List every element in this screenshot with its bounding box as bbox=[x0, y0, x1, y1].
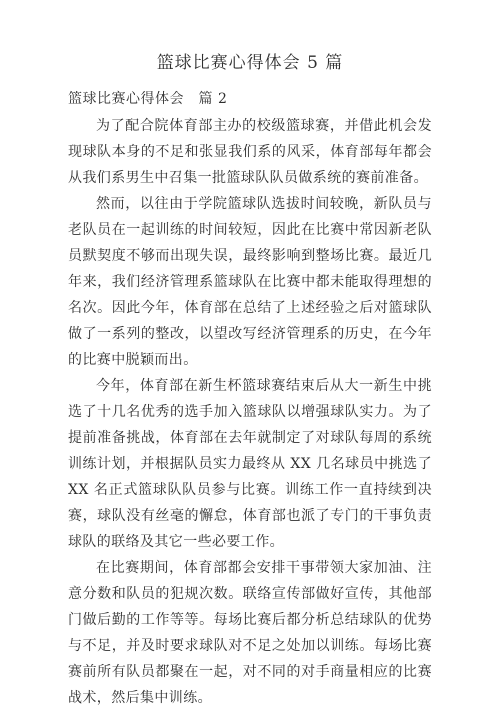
document-page: 篮球比赛心得体会 5 篇 篮球比赛心得体会 篇 2 为了配合院体育部主办的校级篮… bbox=[0, 0, 500, 707]
paragraph-2: 然而，以往由于学院篮球队选拔时间较晚，新队员与老队员在一起训练的时间较短，因此在… bbox=[68, 191, 432, 373]
paragraph-1: 为了配合院体育部主办的校级篮球赛，并借此机会发现球队本身的不足和张显我们系的风采… bbox=[68, 113, 432, 191]
paragraph-3: 今年，体育部在新生杯篮球赛结束后从大一新生中挑选了十几名优秀的选手加入篮球队以增… bbox=[68, 373, 432, 555]
paragraph-4: 在比赛期间，体育部都会安排干事带领大家加油、注意分数和队员的犯规次数。联络宣传部… bbox=[68, 555, 432, 707]
document-subtitle: 篮球比赛心得体会 篇 2 bbox=[68, 89, 432, 109]
document-title: 篮球比赛心得体会 5 篇 bbox=[68, 52, 432, 74]
document-body: 为了配合院体育部主办的校级篮球赛，并借此机会发现球队本身的不足和张显我们系的风采… bbox=[68, 113, 432, 707]
